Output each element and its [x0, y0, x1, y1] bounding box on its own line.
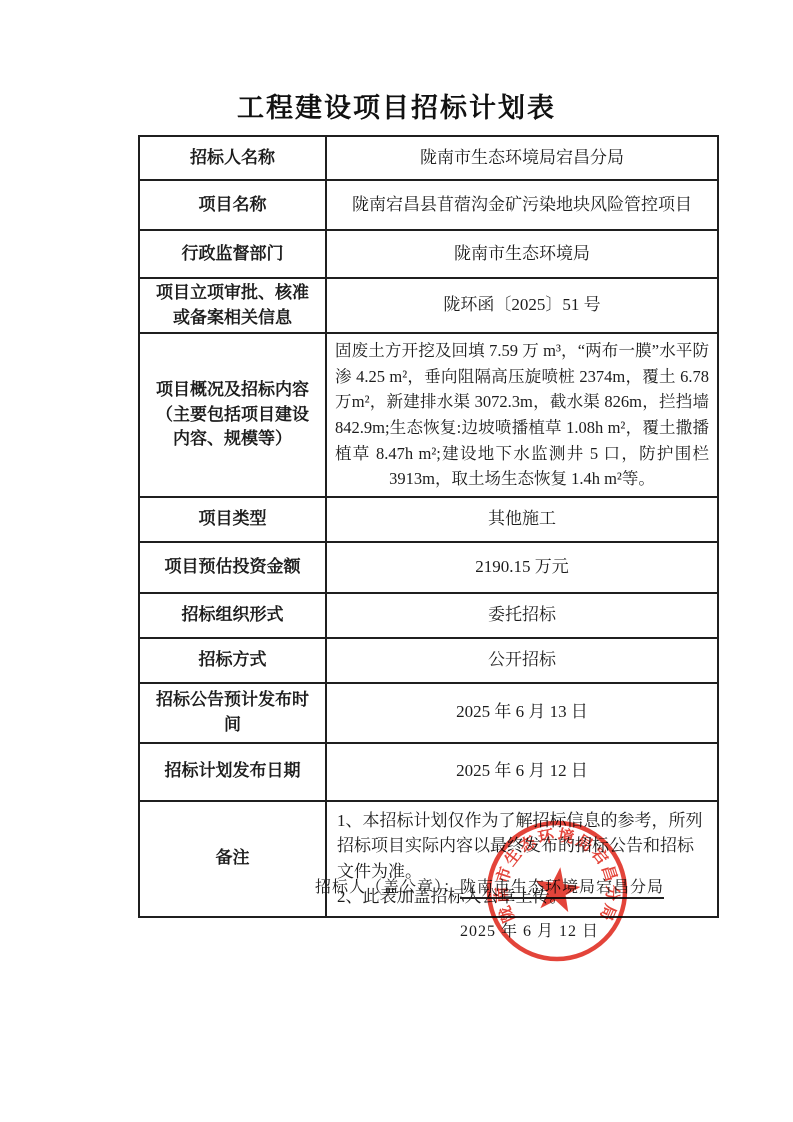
table-row: 项目预估投资金额 2190.15 万元 [139, 542, 718, 593]
table-row: 项目类型 其他施工 [139, 497, 718, 542]
row-value-supervising-department: 陇南市生态环境局 [326, 230, 718, 278]
table-row: 项目名称 陇南宕昌县苜蓿沟金矿污染地块风险管控项目 [139, 180, 718, 230]
row-value-bidding-method: 公开招标 [326, 638, 718, 683]
row-label-project-type: 项目类型 [139, 497, 326, 542]
bid-plan-table: 招标人名称 陇南市生态环境局宕昌分局 项目名称 陇南宕昌县苜蓿沟金矿污染地块风险… [138, 135, 719, 918]
row-label-organization-form: 招标组织形式 [139, 593, 326, 638]
signature-line: 招标人（盖公章）：陇南市生态环境局宕昌分局 [315, 874, 664, 897]
row-value-project-type: 其他施工 [326, 497, 718, 542]
row-value-project-overview: 固废土方开挖及回填 7.59 万 m³，“两布一膜”水平防渗 4.25 m²，垂… [326, 333, 718, 496]
row-value-estimated-investment: 2190.15 万元 [326, 542, 718, 593]
row-label-bidder-name: 招标人名称 [139, 136, 326, 180]
page-title: 工程建设项目招标计划表 [0, 86, 793, 125]
row-label-project-overview: 项目概况及招标内容（主要包括项目建设内容、规模等） [139, 333, 326, 496]
row-value-approval-info: 陇环函〔2025〕51 号 [326, 278, 718, 333]
row-label-remarks: 备注 [139, 801, 326, 917]
signer-name: 陇南市生态环境局宕昌分局 [460, 879, 664, 899]
row-label-supervising-department: 行政监督部门 [139, 230, 326, 278]
table-row: 招标计划发布日期 2025 年 6 月 12 日 [139, 743, 718, 801]
row-label-bidding-method: 招标方式 [139, 638, 326, 683]
document-page: 工程建设项目招标计划表 招标人名称 陇南市生态环境局宕昌分局 项目名称 陇南宕昌… [0, 0, 793, 1122]
row-label-project-name: 项目名称 [139, 180, 326, 230]
table-row: 备注 1、本招标计划仅作为了解招标信息的参考，所列招标项目实际内容以最终发布的招… [139, 801, 718, 917]
table-row: 项目概况及招标内容（主要包括项目建设内容、规模等） 固废土方开挖及回填 7.59… [139, 333, 718, 496]
table-row: 招标人名称 陇南市生态环境局宕昌分局 [139, 136, 718, 180]
row-value-bidder-name: 陇南市生态环境局宕昌分局 [326, 136, 718, 180]
row-value-organization-form: 委托招标 [326, 593, 718, 638]
row-label-plan-publish-date: 招标计划发布日期 [139, 743, 326, 801]
row-value-remarks: 1、本招标计划仅作为了解招标信息的参考，所列招标项目实际内容以最终发布的招标公告… [326, 801, 718, 917]
signer-label: 招标人（盖公章）： [315, 879, 460, 896]
row-label-approval-info: 项目立项审批、核准或备案相关信息 [139, 278, 326, 333]
row-value-project-name: 陇南宕昌县苜蓿沟金矿污染地块风险管控项目 [326, 180, 718, 230]
table-row: 招标公告预计发布时间 2025 年 6 月 13 日 [139, 683, 718, 743]
row-label-estimated-investment: 项目预估投资金额 [139, 542, 326, 593]
table-row: 行政监督部门 陇南市生态环境局 [139, 230, 718, 278]
table-row: 招标方式 公开招标 [139, 638, 718, 683]
signature-date: 2025 年 6 月 12 日 [460, 918, 599, 941]
table-row: 招标组织形式 委托招标 [139, 593, 718, 638]
table-row: 项目立项审批、核准或备案相关信息 陇环函〔2025〕51 号 [139, 278, 718, 333]
row-value-plan-publish-date: 2025 年 6 月 12 日 [326, 743, 718, 801]
row-value-announcement-date: 2025 年 6 月 13 日 [326, 683, 718, 743]
row-label-announcement-date: 招标公告预计发布时间 [139, 683, 326, 743]
